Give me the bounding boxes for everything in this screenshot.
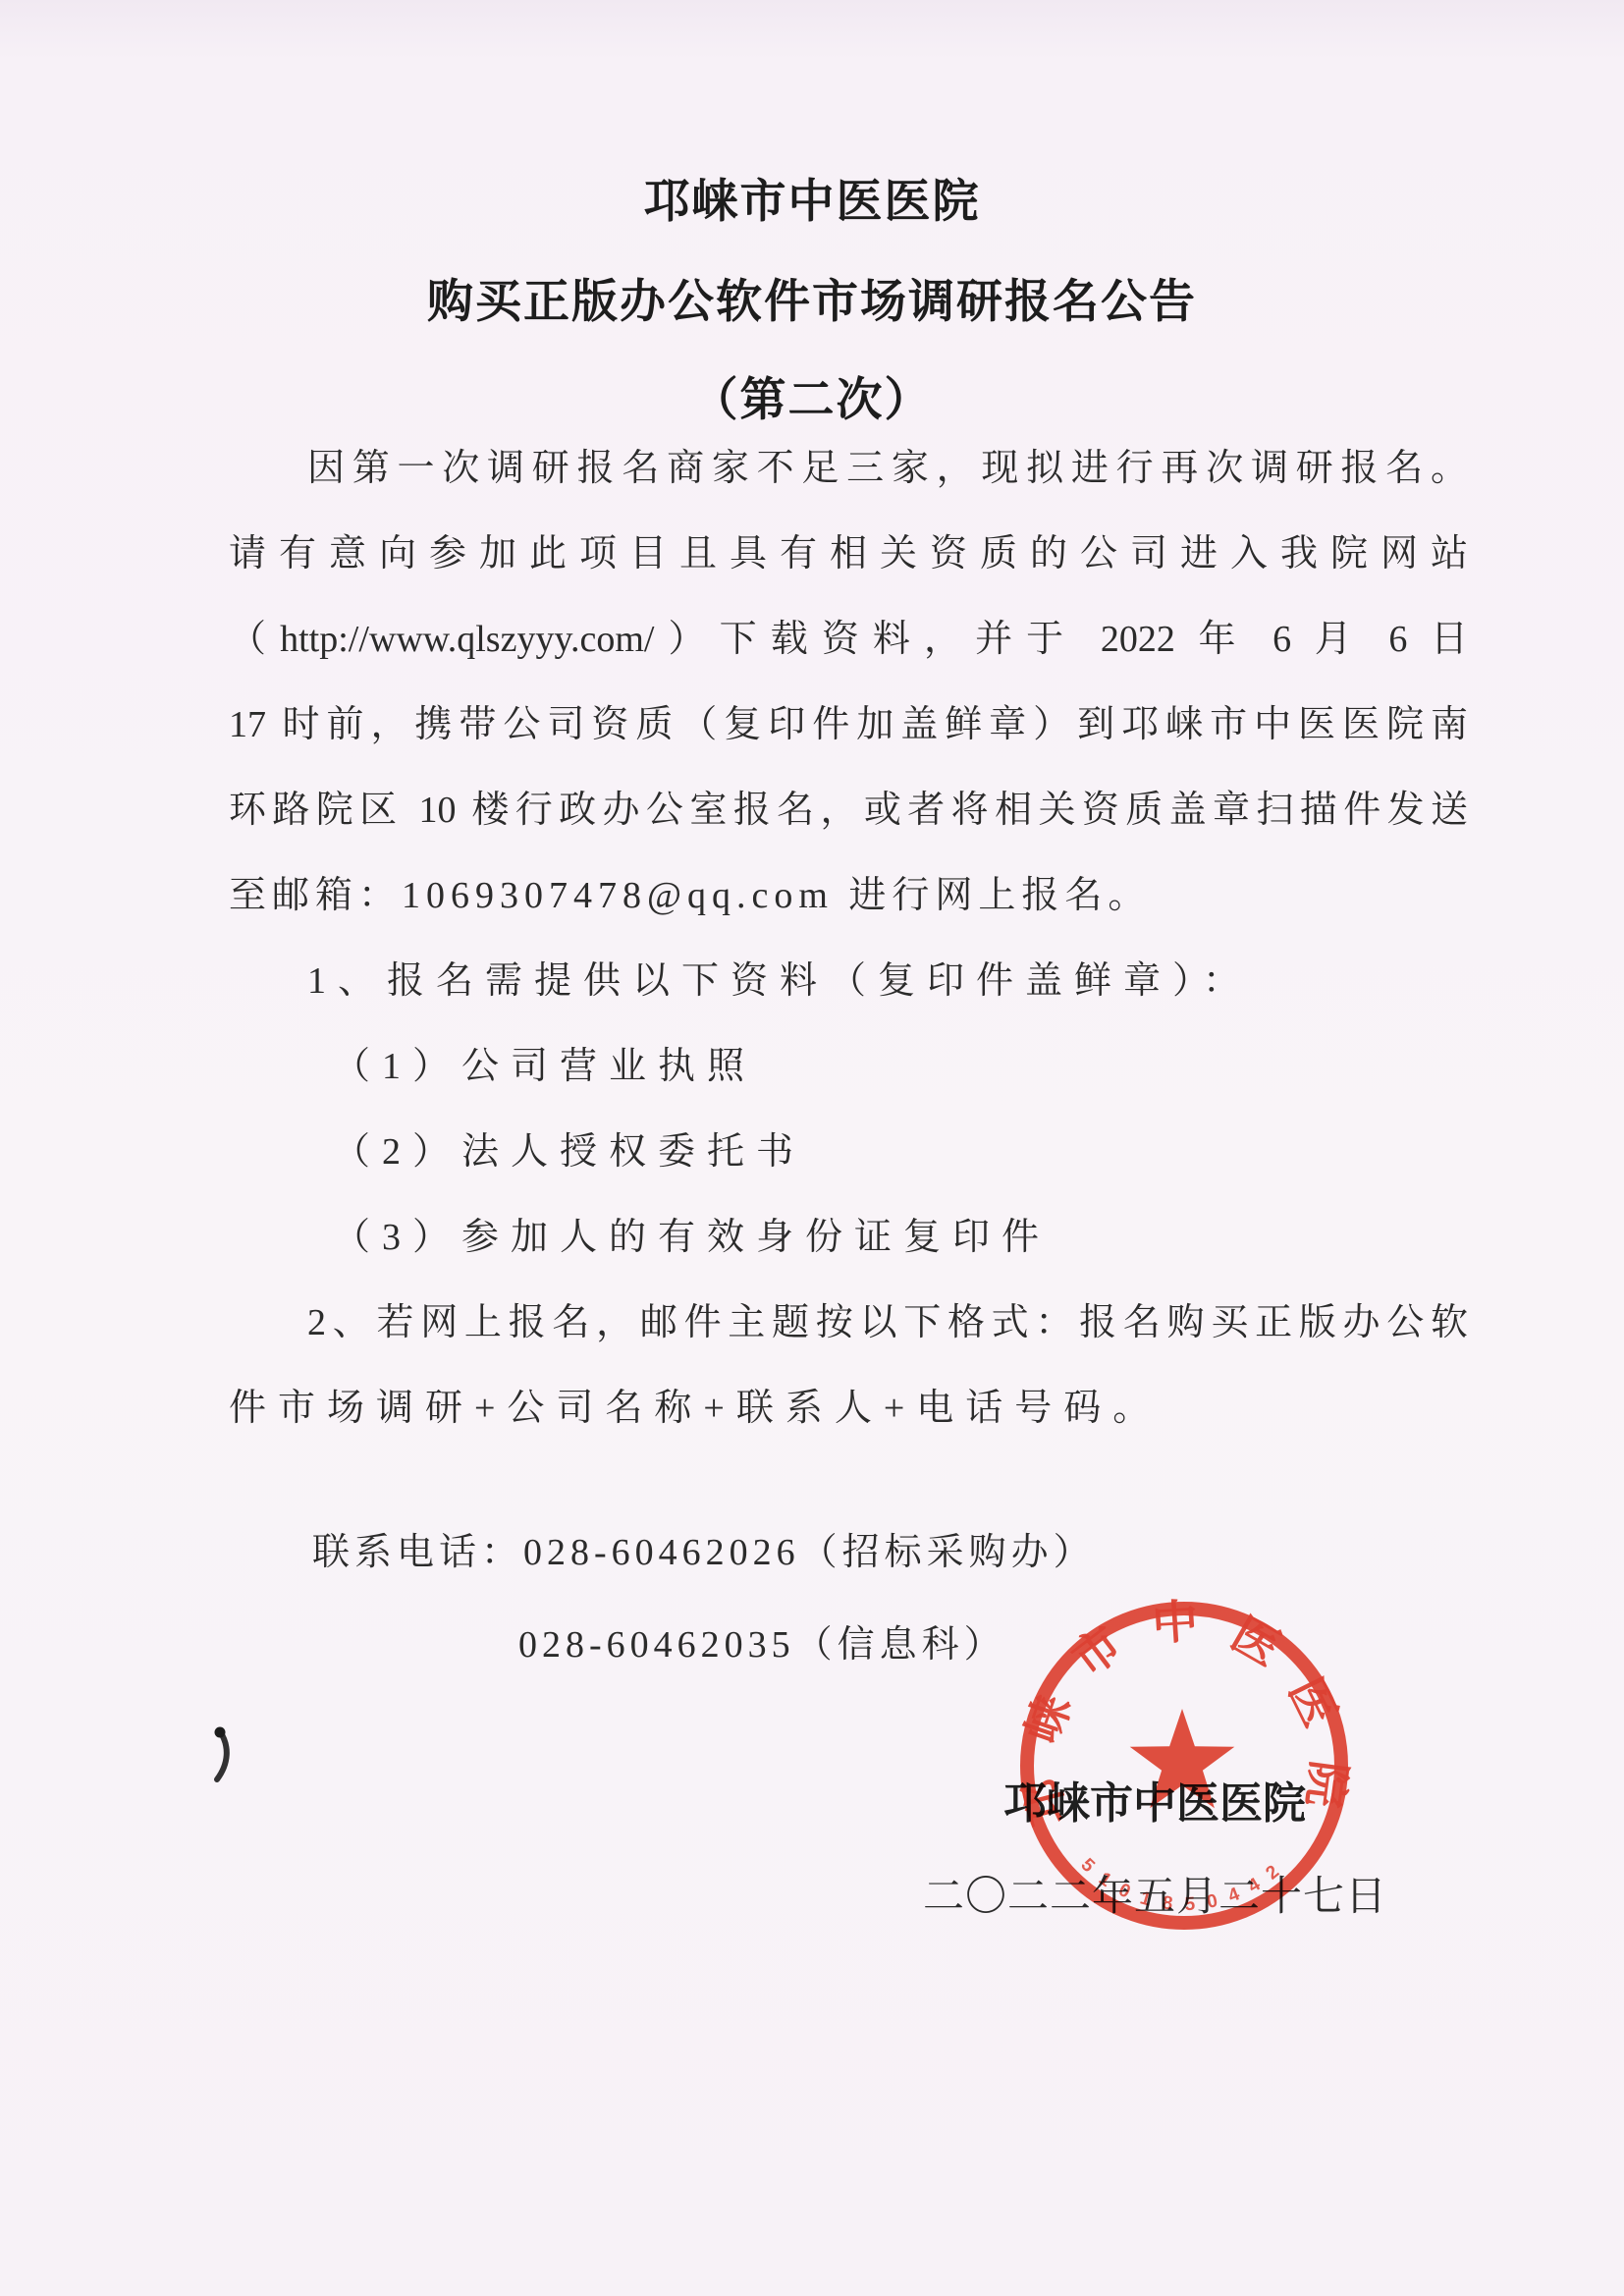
body-line: 因第一次调研报名商家不足三家，现拟进行再次调研报名。 <box>229 444 1468 499</box>
body-line-list-item: 1、报名需提供以下资料（复印件盖鲜章）： <box>229 957 1468 1011</box>
document-title-round: （第二次） <box>0 363 1624 429</box>
official-red-seal: 邛崃市中医医院 5101850442 <box>1009 1591 1363 1944</box>
body-line: 件市场调研+公司名称+联系人+电话号码。 <box>229 1384 1468 1439</box>
seal-arc-text: 邛崃市中医医院 <box>1016 1597 1354 1831</box>
body-line: 至邮箱：1069307478@qq.com 进行网上报名。 <box>229 871 1468 926</box>
svg-text:邛崃市中医医院: 邛崃市中医医院 <box>1016 1597 1354 1831</box>
body-line: 请有意向参加此项目且具有相关资质的公司进入我院网站 <box>229 529 1468 584</box>
document-title-organization: 邛崃市中医医院 <box>0 165 1624 231</box>
contact-phone-line-it: 028-60462035（信息科） <box>518 1620 1006 1669</box>
body-line: 环路院区 10 楼行政办公室报名，或者将相关资质盖章扫描件发送 <box>229 786 1468 841</box>
star-icon <box>1130 1709 1235 1808</box>
scanned-document-page: 邛崃市中医医院 购买正版办公软件市场调研报名公告 （第二次） 因第一次调研报名商… <box>0 0 1624 2296</box>
ink-smudge-mark <box>210 1724 240 1787</box>
contact-phone-line-bidding: 联系电话：028-60462026（招标采购办） <box>312 1528 1096 1577</box>
body-line: 17 时前，携带公司资质（复印件加盖鲜章）到邛崃市中医医院南 <box>229 700 1468 755</box>
body-line-list-item: （1）公司营业执照 <box>229 1042 1468 1097</box>
body-line-list-item: 2、若网上报名，邮件主题按以下格式：报名购买正版办公软 <box>229 1298 1468 1353</box>
body-line: （http://www.qlszyyy.com/）下载资料，并于 2022 年 … <box>229 615 1468 670</box>
document-title-main: 购买正版办公软件市场调研报名公告 <box>0 265 1624 331</box>
body-line-list-item: （3）参加人的有效身份证复印件 <box>229 1213 1468 1268</box>
body-line-list-item: （2）法人授权委托书 <box>229 1127 1468 1182</box>
